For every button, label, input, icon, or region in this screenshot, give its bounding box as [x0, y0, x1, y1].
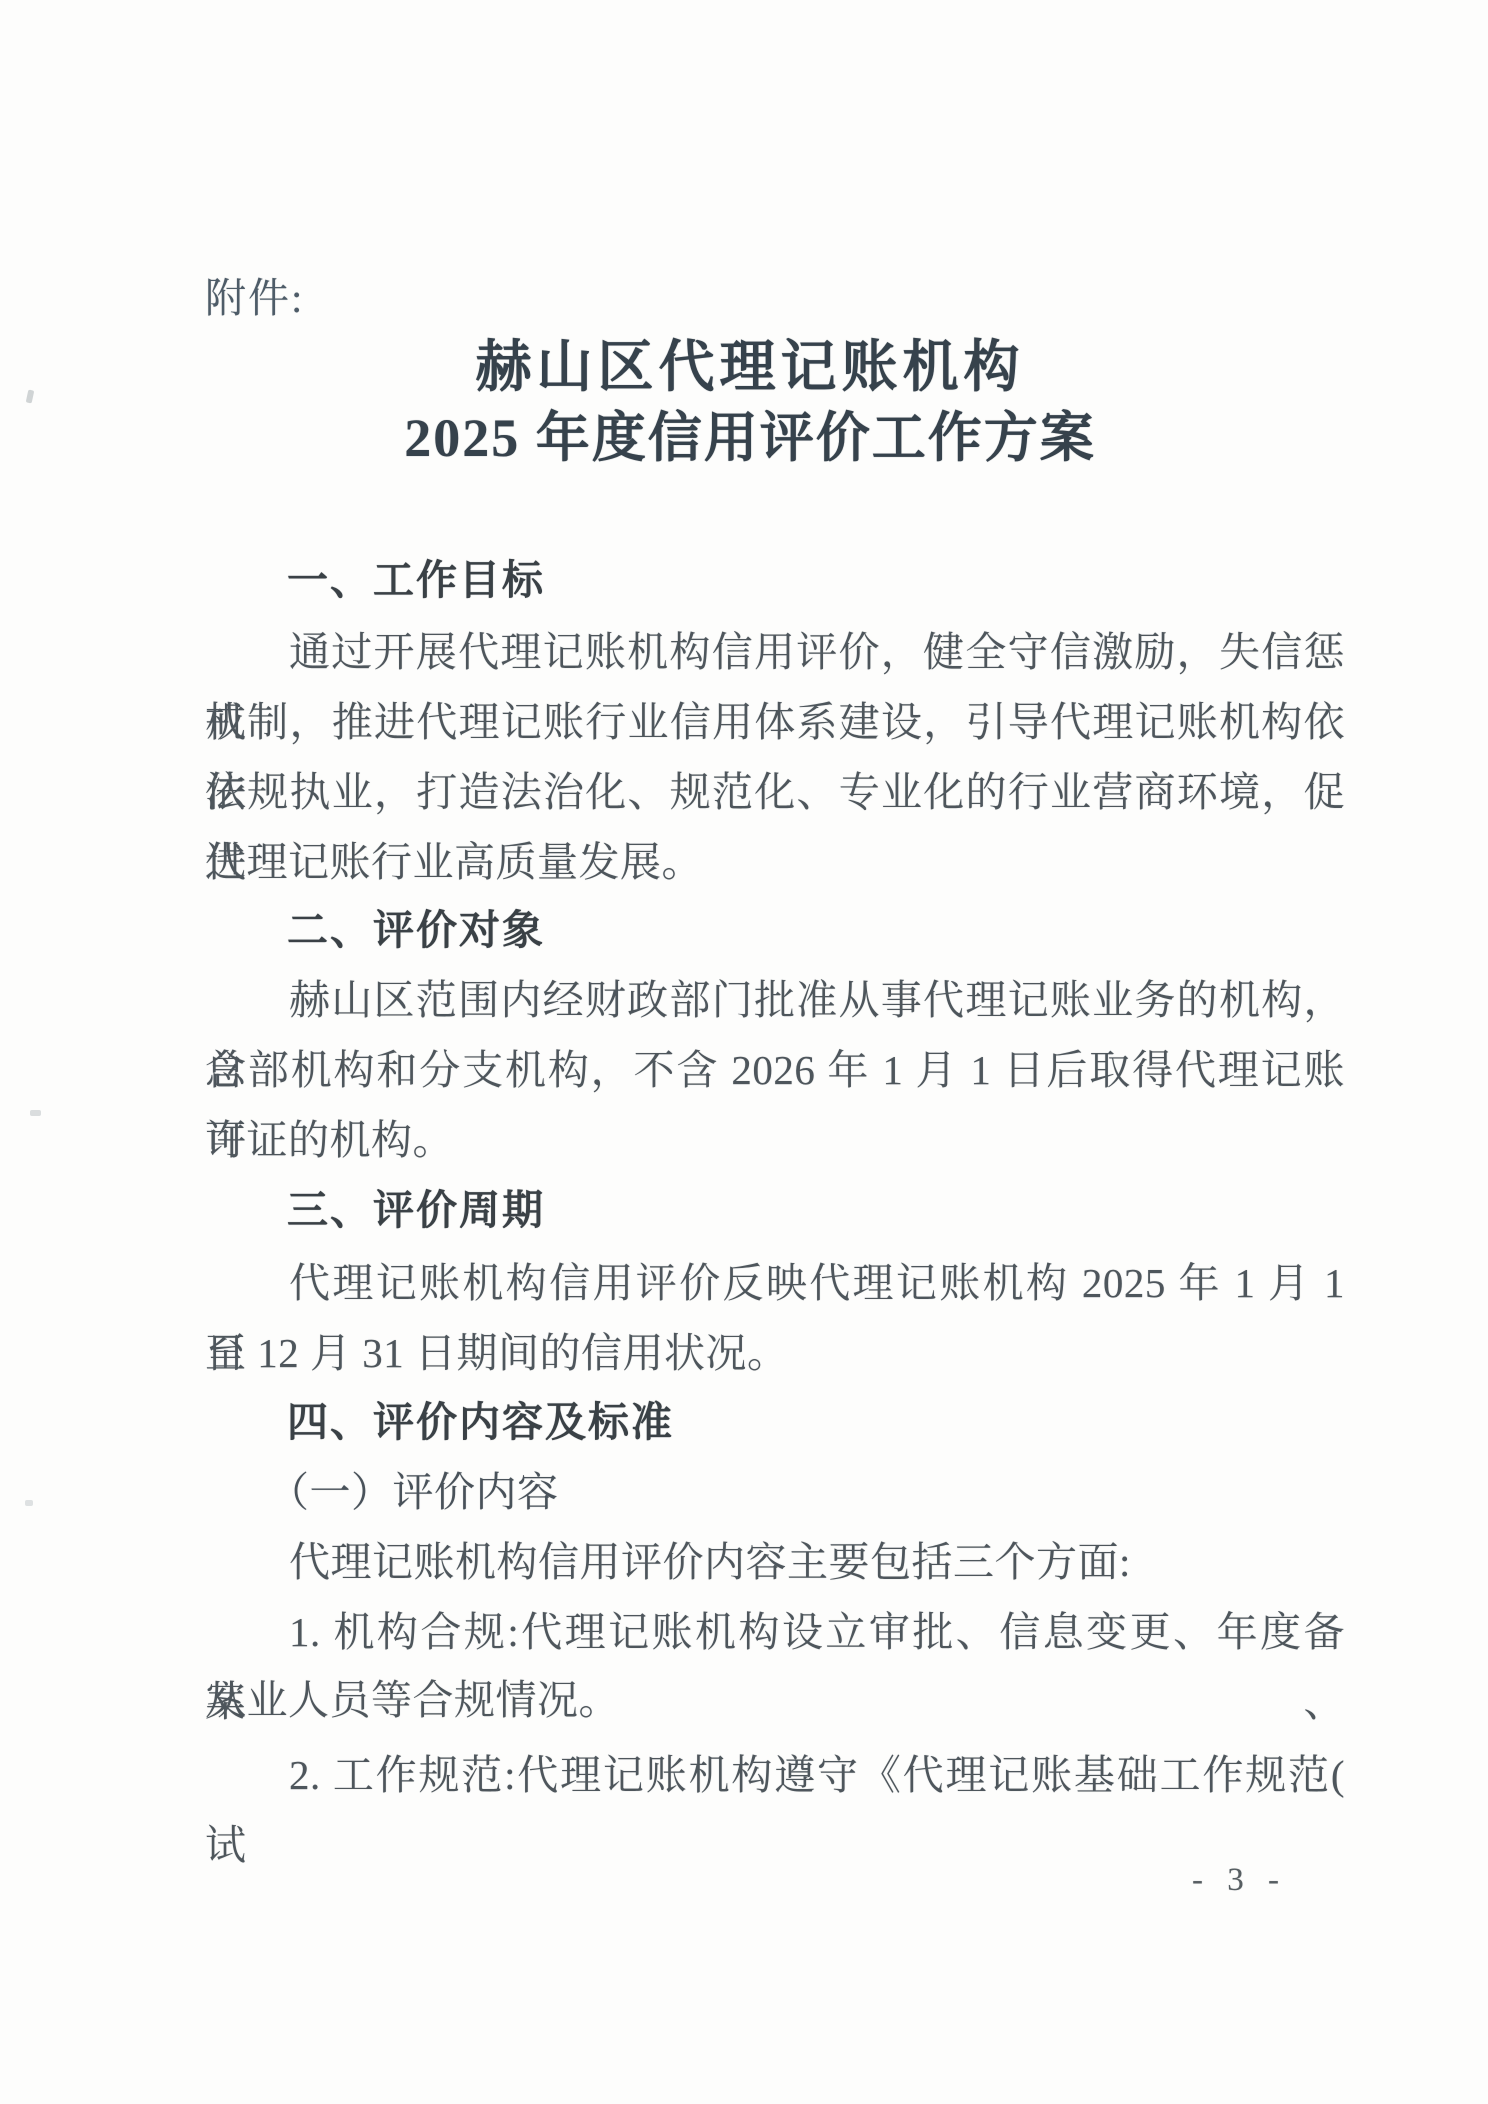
body-line: 代理记账行业高质量发展。 [205, 827, 1345, 897]
body-line: 2. 工作规范:代理记账机构遵守《代理记账基础工作规范( 试 [205, 1740, 1345, 1810]
body-line: 机制，推进代理记账行业信用体系建设，引导代理记账机构依法 [205, 687, 1345, 757]
body-line: 代理记账机构信用评价反映代理记账机构 2025 年 1 月 1 日 [205, 1248, 1345, 1318]
scan-speck [25, 1500, 33, 1506]
body-line: 可证的机构。 [205, 1105, 1345, 1175]
page-number: - 3 - [1192, 1854, 1352, 1906]
section-heading-4: 四、评价内容及标准 [287, 1387, 1345, 1457]
section-heading-2: 二、评价对象 [287, 895, 1345, 965]
body-line: 1. 机构合规:代理记账机构设立审批、信息变更、年度备案、 [205, 1597, 1345, 1667]
body-line: 依规执业，打造法治化、规范化、专业化的行业营商环境，促进 [205, 757, 1345, 827]
body-line: 从业人员等合规情况。 [205, 1665, 1345, 1735]
body-line: 至 12 月 31 日期间的信用状况。 [205, 1318, 1345, 1388]
document-title-line2: 2025 年度信用评价工作方案 [15, 401, 1485, 475]
body-line: 代理记账机构信用评价内容主要包括三个方面: [205, 1527, 1345, 1597]
document-page: 附件: 赫山区代理记账机构 2025 年度信用评价工作方案 一、工作目标 通过开… [0, 0, 1488, 2104]
section-subheading: （一）评价内容 [268, 1457, 1408, 1527]
attachment-label: 附件: [205, 263, 1345, 333]
section-heading-1: 一、工作目标 [287, 545, 1345, 615]
body-line: 总部机构和分支机构，不含 2026 年 1 月 1 日后取得代理记账许 [205, 1035, 1345, 1105]
body-line: 赫山区范围内经财政部门批准从事代理记账业务的机构，含 [205, 965, 1345, 1035]
document-title-line1: 赫山区代理记账机构 [15, 331, 1485, 405]
scan-speck [30, 1110, 41, 1116]
body-line: 通过开展代理记账机构信用评价，健全守信激励，失信惩戒 [205, 617, 1345, 687]
section-heading-3: 三、评价周期 [287, 1175, 1345, 1245]
